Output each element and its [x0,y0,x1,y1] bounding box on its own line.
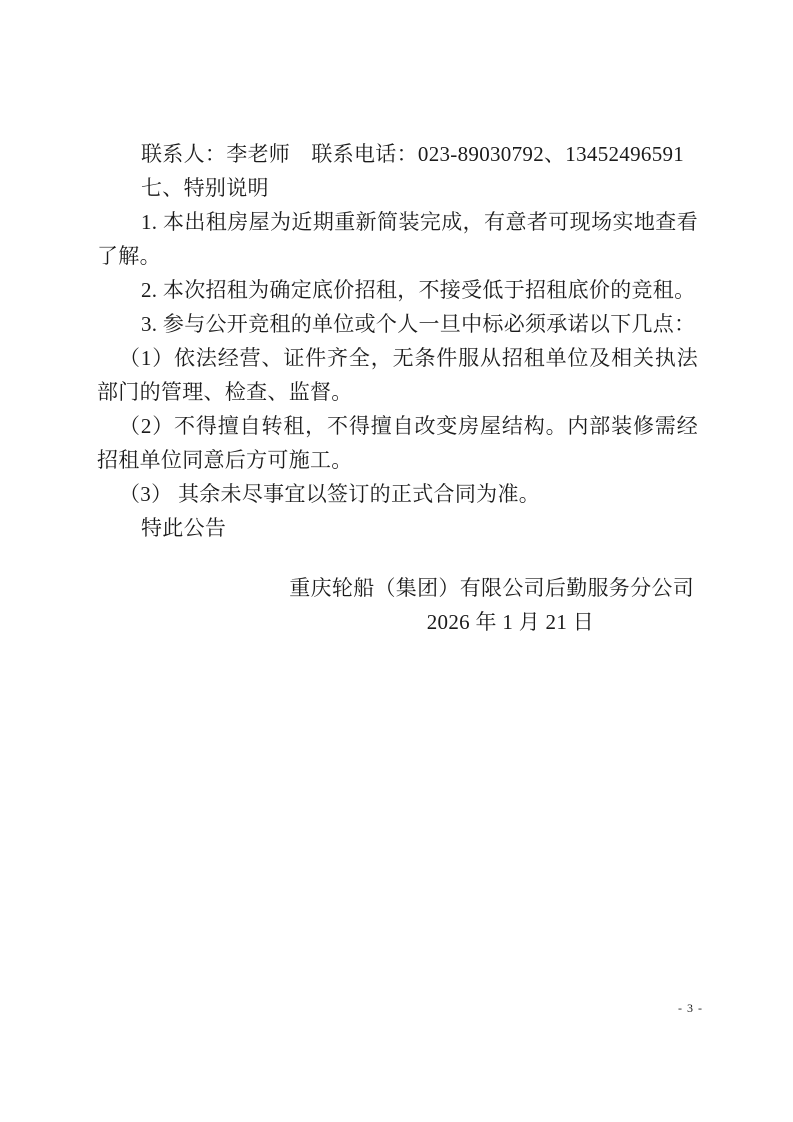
signature-company: 重庆轮船（集团）有限公司后勤服务分公司 [97,571,698,605]
text-line-subitem1-wrap: 部门的管理、检查、监督。 [97,375,698,409]
document-page: 联系人：李老师 联系电话：023-89030792、13452496591 七、… [0,0,793,1122]
document-body: 联系人：李老师 联系电话：023-89030792、13452496591 七、… [97,137,698,639]
text-line-item3: 3. 参与公开竞租的单位或个人一旦中标必须承诺以下几点： [97,307,698,341]
text-line-subitem1: （1）依法经营、证件齐全，无条件服从招租单位及相关执法 [97,341,698,375]
text-line-subitem2: （2）不得擅自转租，不得擅自改变房屋结构。内部装修需经 [97,409,698,443]
page-number: - 3 - [678,1001,703,1016]
text-line-closing: 特此公告 [97,511,698,545]
text-line-item1: 1. 本出租房屋为近期重新简装完成，有意者可现场实地查看 [97,205,698,239]
text-line-item1-wrap: 了解。 [97,239,698,273]
signature-date: 2026 年 1 月 21 日 [97,605,698,639]
text-line-subitem2-wrap: 招租单位同意后方可施工。 [97,443,698,477]
text-line-item2: 2. 本次招租为确定底价招租，不接受低于招租底价的竞租。 [97,273,698,307]
text-line-contact: 联系人：李老师 联系电话：023-89030792、13452496591 [97,137,698,171]
text-line-section-heading: 七、特别说明 [97,171,698,205]
text-line-subitem3: （3） 其余未尽事宜以签订的正式合同为准。 [97,477,698,511]
